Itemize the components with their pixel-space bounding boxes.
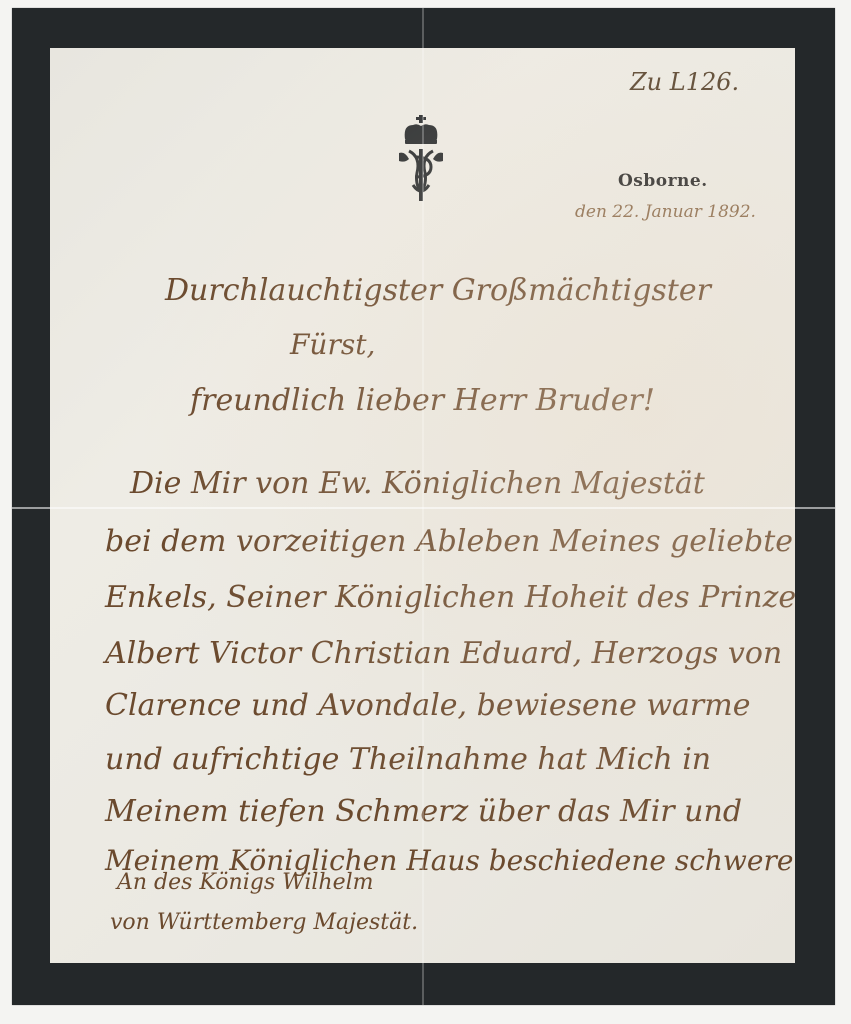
letterhead-place: Osborne. [618, 171, 708, 191]
body-line: Albert Victor Christian Eduard, Herzogs … [105, 636, 782, 671]
crown-monogram-icon [395, 113, 447, 203]
salutation-line-1: Durchlauchtigster Großmächtigster [165, 273, 711, 308]
mourning-letter-border: Zu L126. Osborne. den 22. Januar 1892. D… [12, 8, 835, 1005]
recipient-address-line-1: An des Königs Wilhelm [117, 870, 373, 895]
body-line: Enkels, Seiner Königlichen Hoheit des Pr… [105, 580, 795, 615]
salutation-line-2: Fürst, [290, 328, 375, 361]
recipient-address-line-2: von Württemberg Majestät. [110, 910, 418, 935]
body-line: und aufrichtige Theilnahme hat Mich in [105, 742, 711, 777]
archive-reference: Zu L126. [630, 68, 739, 96]
vertical-fold-crease [422, 8, 424, 1005]
letter-date: den 22. Januar 1892. [575, 202, 756, 222]
body-line: Clarence und Avondale, bewiesene warme [105, 688, 750, 723]
body-line: bei dem vorzeitigen Ableben Meines gelie… [105, 524, 795, 559]
body-line: Die Mir von Ew. Königlichen Majestät [130, 466, 705, 501]
